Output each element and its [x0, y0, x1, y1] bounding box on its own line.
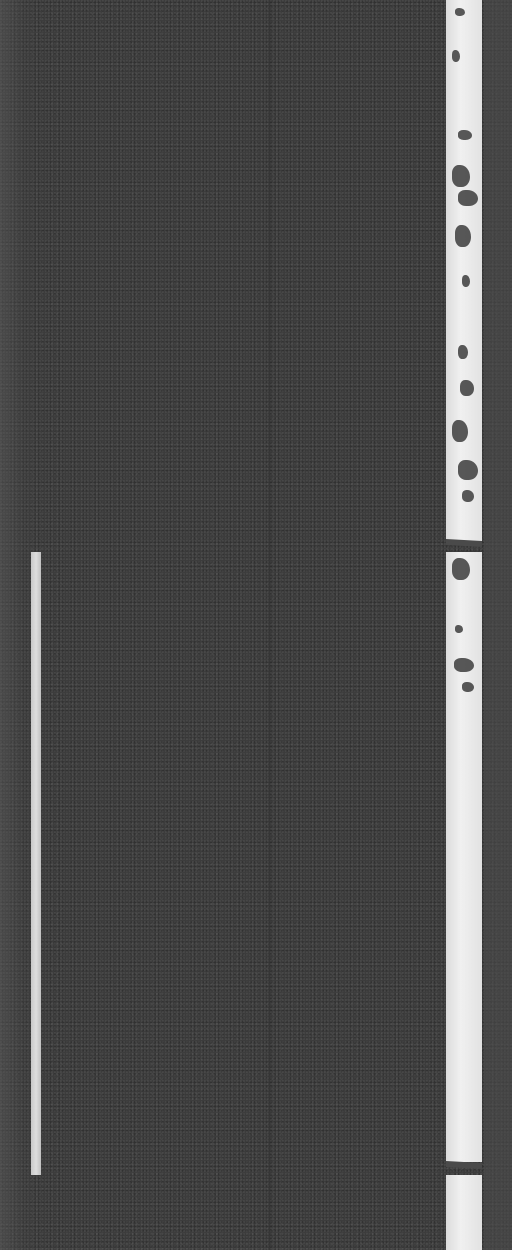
- right-lane-line-segment: [446, 1175, 482, 1250]
- lane-line-joint: [446, 1161, 482, 1169]
- right-lane-line-segment: [446, 552, 482, 1162]
- pavement-seam: [268, 0, 272, 1250]
- left-edge-line: [31, 552, 41, 1175]
- right-shoulder: [484, 0, 512, 1250]
- lane-line-joint: [446, 539, 482, 547]
- road-surface: [0, 0, 512, 1250]
